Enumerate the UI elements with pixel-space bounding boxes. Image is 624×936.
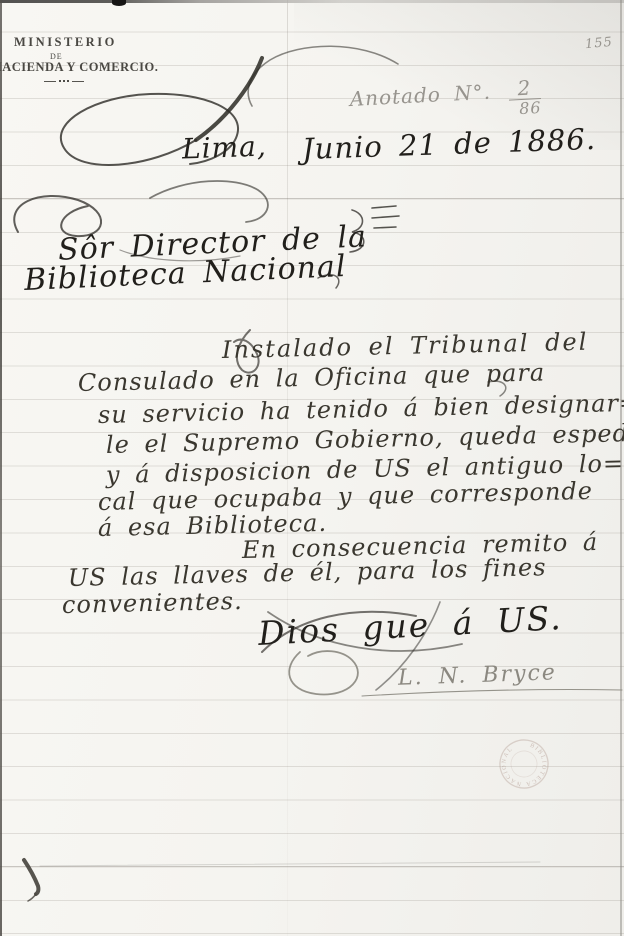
flourish-signature-initial xyxy=(289,651,358,694)
ruled-line-accent xyxy=(0,198,624,199)
stamp-text: BIBLIOTECA NACIONAL xyxy=(495,735,552,792)
body-p1-line-2: Consulado en la Oficina que para xyxy=(78,358,546,397)
scan-edge-artifact xyxy=(112,0,126,6)
library-stamp-icon: BIBLIOTECA NACIONAL xyxy=(489,729,560,800)
ink-blot-tail xyxy=(28,894,36,901)
letterhead-divider-ornament xyxy=(44,80,84,82)
scan-edge-top xyxy=(0,0,624,3)
letterhead-ministry: MINISTERIO xyxy=(14,35,117,50)
letterhead-department: HACIENDA Y COMERCIO. xyxy=(0,60,158,75)
signature: L. N. Bryce xyxy=(398,660,558,691)
annotation-note: Anotado N°. 2 86 xyxy=(349,77,542,127)
folio-number: 155 xyxy=(584,35,613,52)
body-p2-line-3: convenientes. xyxy=(62,587,243,619)
flourish-bracket-dash-1 xyxy=(372,206,396,208)
flourish-lima-ascender xyxy=(196,58,262,140)
ornament-line-icon xyxy=(72,81,84,82)
ornament-line-icon xyxy=(44,81,56,82)
annotation-denominator: 86 xyxy=(509,99,542,118)
stamp-inner-ring xyxy=(508,748,541,781)
annotation-fraction: 2 86 xyxy=(508,77,542,118)
manuscript-page: MINISTERIO DE HACIENDA Y COMERCIO. 155 A… xyxy=(0,0,624,936)
svg-text:BIBLIOTECA NACIONAL: BIBLIOTECA NACIONAL xyxy=(495,735,552,792)
dateline-city: Lima, xyxy=(181,130,267,166)
annotation-numerator: 2 xyxy=(508,77,541,101)
flourish-senor-loop-1 xyxy=(14,196,101,236)
flourish-senor-loop-2 xyxy=(150,181,268,222)
annotation-label: Anotado N°. xyxy=(349,80,491,111)
valediction: Dios gue á US. xyxy=(257,598,563,653)
ornament-dots-icon xyxy=(63,80,65,82)
flourish-bracket-dash-2 xyxy=(372,216,399,218)
flourish-bracket-dash-3 xyxy=(374,227,396,228)
scan-edge-left xyxy=(0,0,2,936)
body-p2-line-2: US las llaves de él, para los fines xyxy=(68,553,547,592)
ruled-line-accent xyxy=(0,866,624,867)
dateline-date: Junio 21 de 1886. xyxy=(301,122,596,166)
